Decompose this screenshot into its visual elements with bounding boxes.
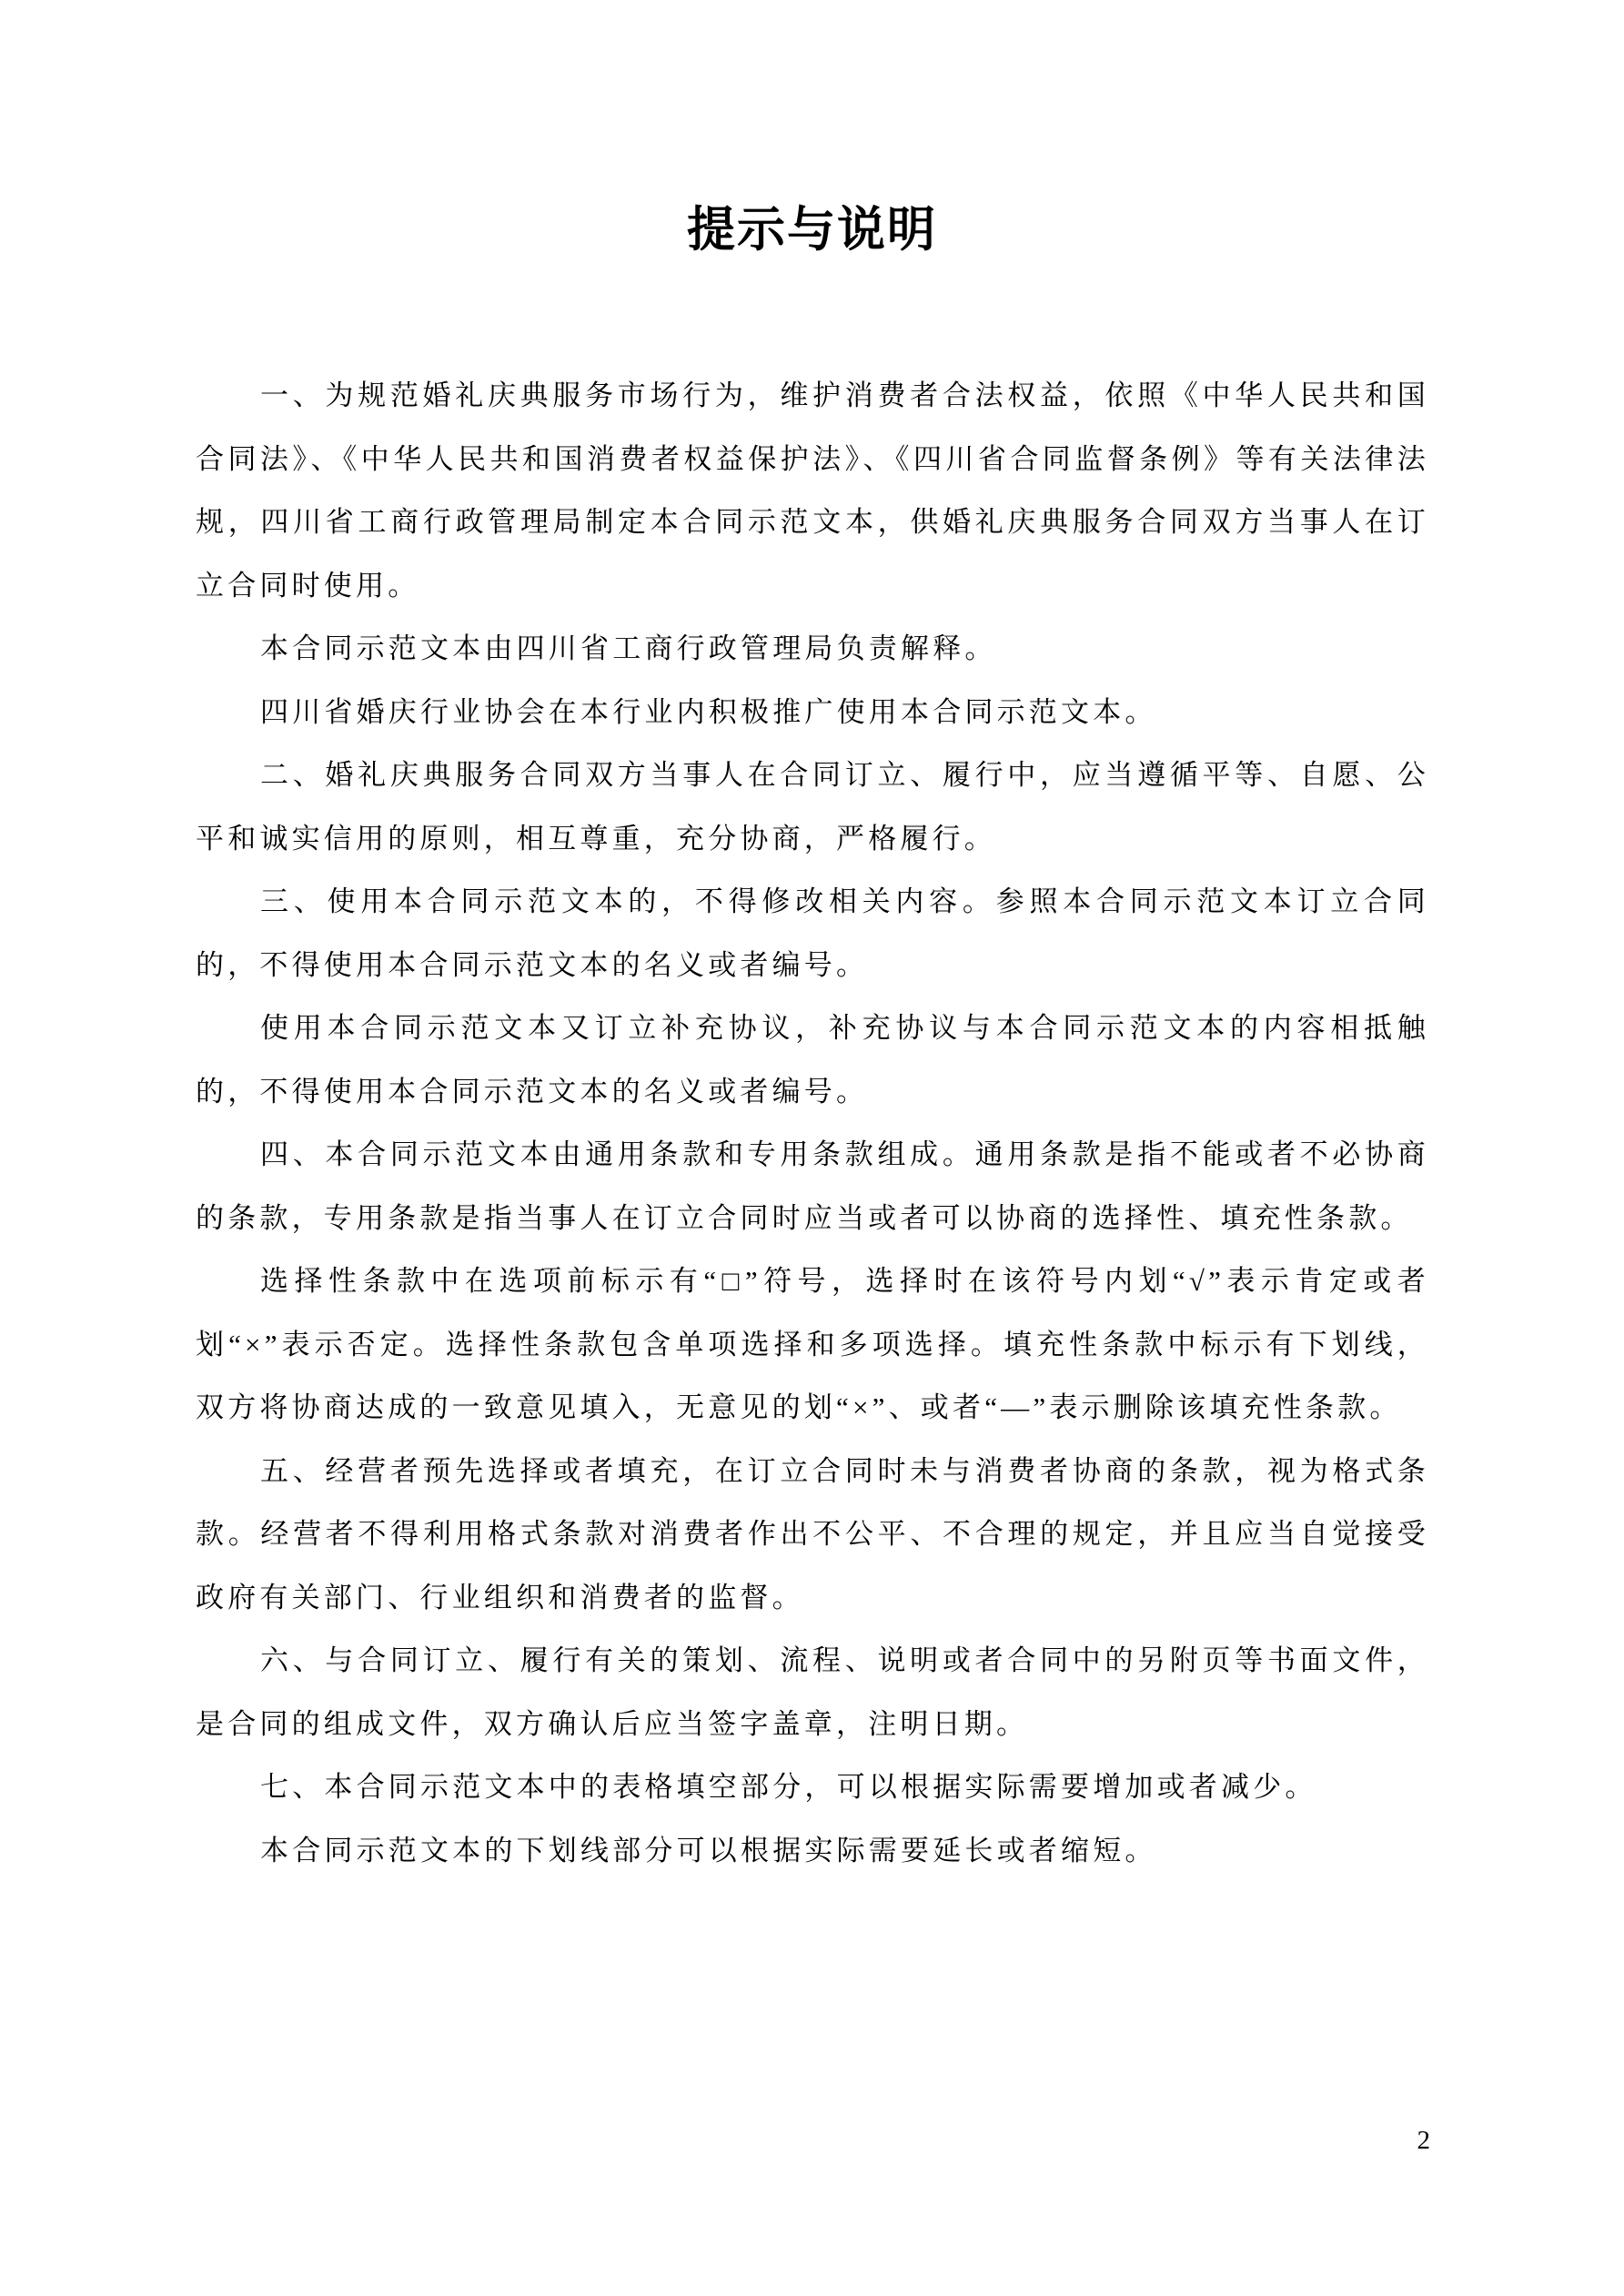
page-title: 提示与说明 — [0, 202, 1624, 258]
paragraph-12: 本合同示范文本的下划线部分可以根据实际需要延长或者缩短。 — [196, 1819, 1429, 1883]
paragraph-3: 四川省婚庆行业协会在本行业内积极推广使用本合同示范文本。 — [196, 681, 1429, 744]
paragraph-4: 二、婚礼庆典服务合同双方当事人在合同订立、履行中，应当遵循平等、自愿、公平和诚实… — [196, 743, 1429, 870]
contract-notes-page: 提示与说明 一、为规范婚礼庆典服务市场行为，维护消费者合法权益，依照《中华人民共… — [0, 0, 1624, 2296]
paragraph-6: 使用本合同示范文本又订立补充协议，补充协议与本合同示范文本的内容相抵触的，不得使… — [196, 996, 1429, 1123]
page-number: 2 — [1417, 2126, 1431, 2155]
document-body: 一、为规范婚礼庆典服务市场行为，维护消费者合法权益，依照《中华人民共和国合同法》… — [196, 364, 1429, 1882]
paragraph-1: 一、为规范婚礼庆典服务市场行为，维护消费者合法权益，依照《中华人民共和国合同法》… — [196, 364, 1429, 617]
paragraph-2: 本合同示范文本由四川省工商行政管理局负责解释。 — [196, 617, 1429, 681]
paragraph-5: 三、使用本合同示范文本的，不得修改相关内容。参照本合同示范文本订立合同的，不得使… — [196, 870, 1429, 996]
paragraph-7: 四、本合同示范文本由通用条款和专用条款组成。通用条款是指不能或者不必协商的条款，… — [196, 1123, 1429, 1249]
paragraph-8: 选择性条款中在选项前标示有“□”符号，选择时在该符号内划“√”表示肯定或者划“×… — [196, 1249, 1429, 1440]
paragraph-9: 五、经营者预先选择或者填充，在订立合同时未与消费者协商的条款，视为格式条款。经营… — [196, 1440, 1429, 1630]
paragraph-10: 六、与合同订立、履行有关的策划、流程、说明或者合同中的另附页等书面文件，是合同的… — [196, 1629, 1429, 1755]
paragraph-11: 七、本合同示范文本中的表格填空部分，可以根据实际需要增加或者减少。 — [196, 1755, 1429, 1819]
